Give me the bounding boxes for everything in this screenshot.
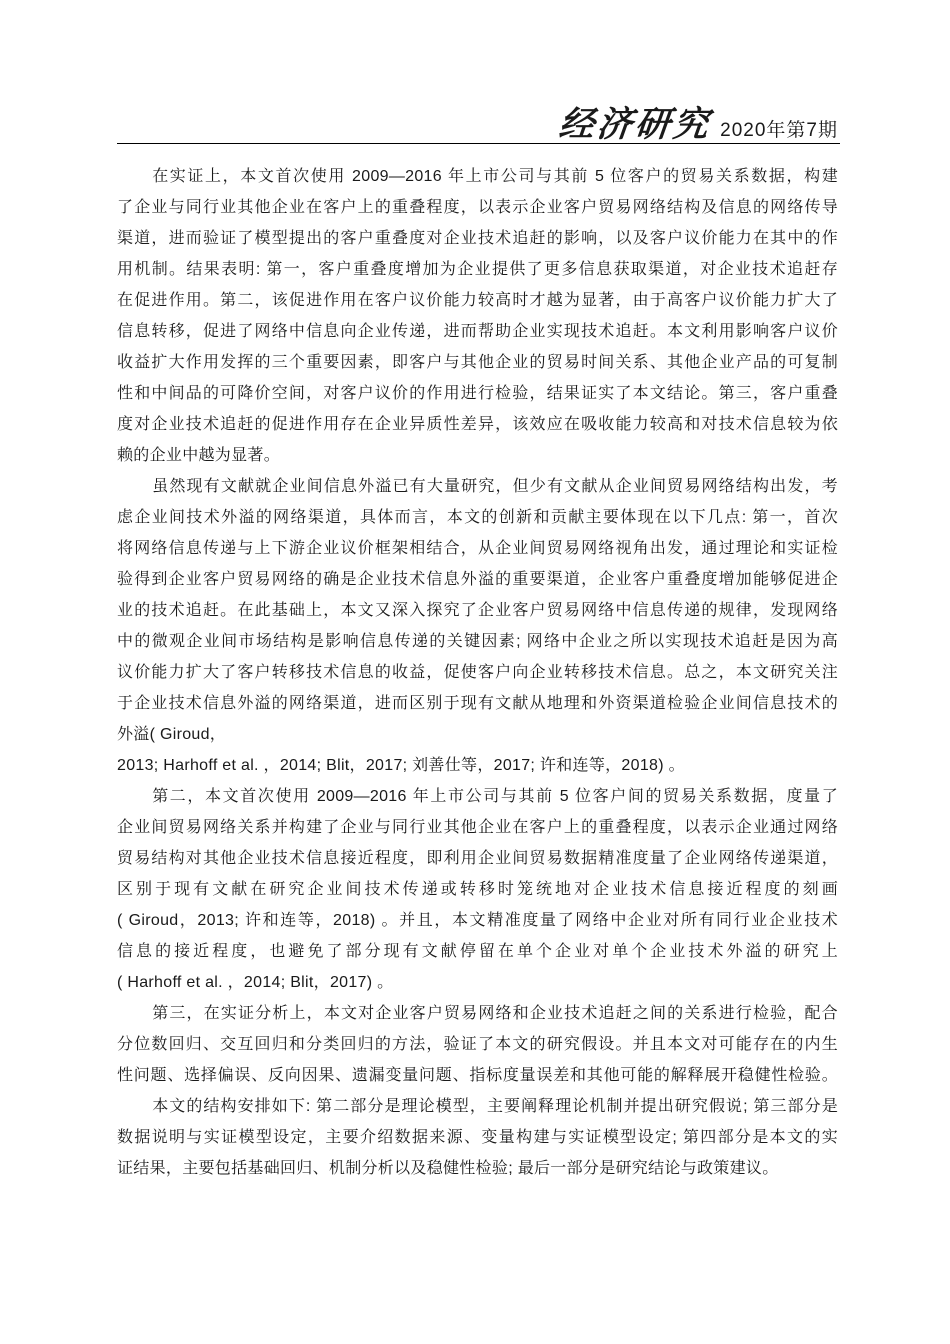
text-line: 验得到企业客户贸易网络的确是企业技术信息外溢的重要渠道，企业客户重叠度增加能够促… [117,564,838,595]
text-line: 收益扩大作用发挥的三个重要因素，即客户与其他企业的贸易时间关系、其他企业产品的可… [117,347,838,378]
text-line: 虑企业间技术外溢的网络渠道，具体而言，本文的创新和贡献主要体现在以下几点: 第一… [117,502,838,533]
text-line: 在促进作用。第二，该促进作用在客户议价能力较高时才越为显著，由于高客户议价能力扩… [117,285,838,316]
paragraph: 虽然现有文献就企业间信息外溢已有大量研究，但少有文献从企业间贸易网络结构出发，考… [117,471,838,781]
text-line: 中的微观企业间市场结构是影响信息传递的关键因素; 网络中企业之所以实现技术追赶是… [117,626,838,657]
text-line: 企业间贸易网络关系并构建了企业与同行业其他企业在客户上的重叠程度，以表示企业通过… [117,812,838,843]
text-line: 性和中间品的可降价空间，对客户议价的作用进行检验，结果证实了本文结论。第三，客户… [117,378,838,409]
header-rule [117,143,840,144]
text-line: 分位数回归、交互回归和分类回归的方法，验证了本文的研究假设。并且本文对可能存在的… [117,1029,838,1060]
text-line: 第三，在实证分析上，本文对企业客户贸易网络和企业技术追赶之间的关系进行检验，配合 [117,998,838,1029]
text-line: 在实证上，本文首次使用 2009—2016 年上市公司与其前 5 位客户的贸易关… [117,161,838,192]
text-line: 将网络信息传递与上下游企业议价框架相结合，从企业间贸易网络视角出发，通过理论和实… [117,533,838,564]
document-page: 经济研究 2020年第7期 在实证上，本文首次使用 2009—2016 年上市公… [0,0,950,1344]
text-line: 证结果，主要包括基础回归、机制分析以及稳健性检验; 最后一部分是研究结论与政策建… [117,1153,838,1184]
text-line: 赖的企业中越为显著。 [117,440,838,471]
text-line: 用机制。结果表明: 第一，客户重叠度增加为企业提供了更多信息获取渠道，对企业技术… [117,254,838,285]
text-line: 议价能力扩大了客户转移技术信息的收益，促使客户向企业转移技术信息。总之，本文研究… [117,657,838,688]
text-line: 度对企业技术追赶的促进作用存在企业异质性差异，该效应在吸收能力较高和对技术信息较… [117,409,838,440]
text-line: 外溢( Giroud， [117,719,838,750]
text-line: 信息转移，促进了网络中信息向企业传递，进而帮助企业实现技术追赶。本文利用影响客户… [117,316,838,347]
text-line: 业的技术追赶。在此基础上，本文又深入探究了企业客户贸易网络中信息传递的规律，发现… [117,595,838,626]
text-line: 虽然现有文献就企业间信息外溢已有大量研究，但少有文献从企业间贸易网络结构出发，考 [117,471,838,502]
text-line: 本文的结构安排如下: 第二部分是理论模型，主要阐释理论机制并提出研究假说; 第三… [117,1091,838,1122]
text-line: 区别于现有文献在研究企业间技术传递或转移时笼统地对企业技术信息接近程度的刻画 [117,874,838,905]
paragraph: 第三，在实证分析上，本文对企业客户贸易网络和企业技术追赶之间的关系进行检验，配合… [117,998,838,1091]
text-line: 于企业技术信息外溢的网络渠道，进而区别于现有文献从地理和外资渠道检验企业间信息技… [117,688,838,719]
text-line: 贸易结构对其他企业技术信息接近程度，即利用企业间贸易数据精准度量了企业网络传递渠… [117,843,838,874]
text-line: ( Harhoff et al. ，2014; Blit，2017) 。 [117,967,838,998]
paragraph: 本文的结构安排如下: 第二部分是理论模型，主要阐释理论机制并提出研究假说; 第三… [117,1091,838,1184]
text-line: 信息的接近程度，也避免了部分现有文献停留在单个企业对单个企业技术外溢的研究上 [117,936,838,967]
article-body: 在实证上，本文首次使用 2009—2016 年上市公司与其前 5 位客户的贸易关… [117,161,838,1184]
paragraph: 第二，本文首次使用 2009—2016 年上市公司与其前 5 位客户间的贸易关系… [117,781,838,998]
text-line: 第二，本文首次使用 2009—2016 年上市公司与其前 5 位客户间的贸易关系… [117,781,838,812]
text-line: 了企业与同行业其他企业在客户上的重叠程度，以表示企业客户贸易网络结构及信息的网络… [117,192,838,223]
text-line: 性问题、选择偏误、反向因果、遗漏变量问题、指标度量误差和其他可能的解释展开稳健性… [117,1060,838,1091]
page-header: 经济研究 2020年第7期 [117,100,838,143]
text-line: ( Giroud，2013; 许和连等，2018) 。并且，本文精准度量了网络中… [117,905,838,936]
text-line: 2013; Harhoff et al. ，2014; Blit，2017; 刘… [117,750,838,781]
text-line: 数据说明与实证模型设定，主要介绍数据来源、变量构建与实证模型设定; 第四部分是本… [117,1122,838,1153]
paragraph: 在实证上，本文首次使用 2009—2016 年上市公司与其前 5 位客户的贸易关… [117,161,838,471]
journal-logo: 经济研究 [557,107,713,143]
issue-label: 2020年第7期 [720,121,838,143]
text-line: 渠道，进而验证了模型提出的客户重叠度对企业技术追赶的影响，以及客户议价能力在其中… [117,223,838,254]
